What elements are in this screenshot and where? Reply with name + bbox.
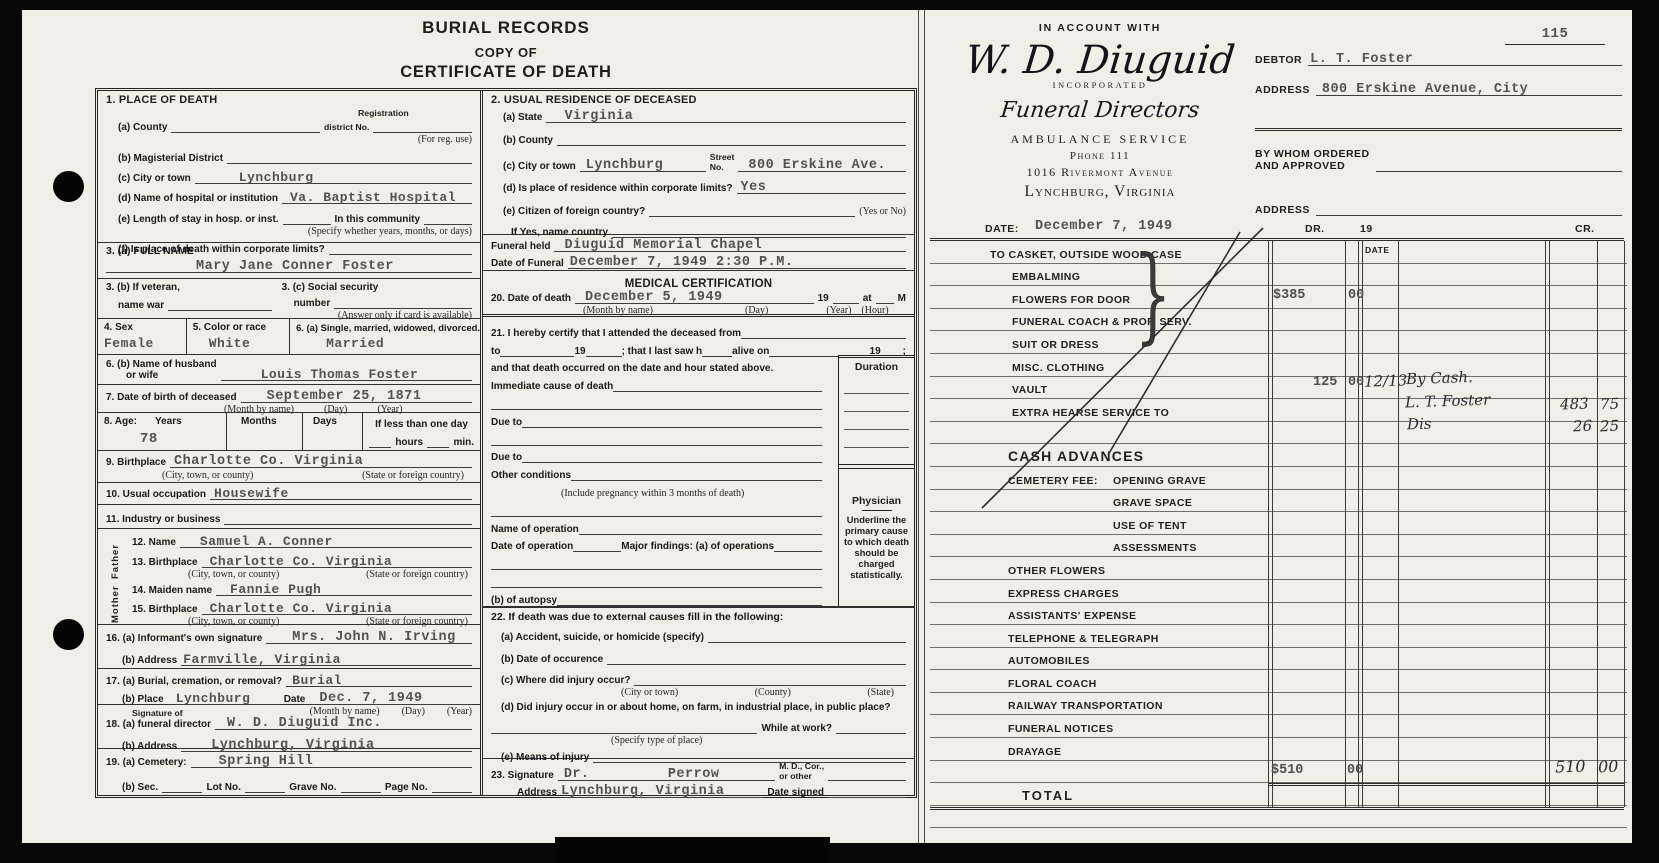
- blank-line: [634, 672, 906, 686]
- father-name-line: Samuel A. Conner: [180, 534, 472, 548]
- certificate-box: 1. PLACE OF DEATH (a) County Registratio…: [95, 88, 917, 798]
- blank-line: [774, 538, 822, 552]
- residence-city-value: Lynchburg: [586, 158, 663, 173]
- director-signature-value: W. D. Diuguid Inc.: [227, 716, 382, 731]
- blank-line: [427, 434, 449, 448]
- field-label: 15. Birthplace: [132, 604, 198, 615]
- field-label: 3. (b) If veteran,: [106, 282, 272, 293]
- field-label: district No.: [324, 123, 369, 133]
- occupation-value: Housewife: [214, 486, 289, 501]
- ledger-item-label: MISC. CLOTHING: [1012, 362, 1105, 374]
- birthplace-value: Charlotte Co. Virginia: [174, 454, 363, 469]
- residence-state-line: Virginia: [546, 109, 906, 123]
- ledger-row: ASSISTANTS' EXPENSE: [930, 603, 1627, 626]
- ledger-row: FLORAL COACH: [930, 670, 1627, 693]
- hint-text: (Day): [745, 305, 768, 316]
- ledger-row: GRAVE SPACE: [930, 490, 1627, 513]
- father-birthplace-value: Charlotte Co. Virginia: [210, 554, 393, 569]
- physician-note: Underline the primary cause to which dea…: [839, 515, 914, 581]
- field-label: 19. (a) Cemetery:: [106, 757, 187, 768]
- ambulance-service: AMBULANCE SERVICE: [945, 132, 1255, 147]
- ledger-row: SUIT OR DRESS: [930, 331, 1627, 354]
- field-label: M: [898, 293, 906, 304]
- burial-date-line: Dec. 7, 1949: [309, 691, 472, 705]
- burial-type-value: Burial: [292, 673, 342, 688]
- hint-text: (Specify type of place): [611, 735, 702, 746]
- ledger-item-label: CEMETERY FEE:: [1008, 475, 1098, 487]
- field-label: While at work?: [761, 723, 832, 734]
- field-label: (d) Name of hospital or institution: [118, 193, 278, 204]
- section-spouse: 6. (b) Name of husbandor wife Louis Thom…: [98, 355, 480, 385]
- certificate-middle-column: 2. USUAL RESIDENCE OF DECEASED (a) State…: [480, 91, 914, 795]
- field-label: If less than one day: [369, 419, 474, 430]
- blank-line: [522, 449, 822, 463]
- ledger-row: DRAYAGE: [930, 738, 1627, 761]
- vault-dr-dollars: 125: [1313, 375, 1337, 390]
- vault-payment-date: 12/13: [1364, 371, 1408, 390]
- section-cemetery: 19. (a) Cemetery:Spring Hill (b) Sec. Lo…: [98, 749, 480, 795]
- ledger-row: EMBALMING: [930, 264, 1627, 287]
- blank-line: [708, 629, 906, 643]
- hint-text: (Month by name): [583, 305, 653, 316]
- blank-line: [844, 394, 909, 412]
- blank-line: [836, 720, 906, 734]
- total-dr-cents: 00: [1347, 763, 1363, 778]
- account-letterhead: IN ACCOUNT WITH W. D. Diuguid INCORPORAT…: [945, 22, 1255, 201]
- informant-signature-line: Mrs. John N. Irving: [266, 630, 472, 644]
- hint-text: (State or foreign country): [362, 470, 464, 481]
- field-label: Days: [313, 416, 362, 427]
- burial-place-value: Lynchburg: [176, 691, 251, 706]
- blank-line: [171, 119, 320, 133]
- column-rule: [1358, 241, 1359, 807]
- ordered-by-row: BY WHOM ORDEREDAND APPROVED: [1255, 148, 1622, 172]
- section-informant: 16. (a) Informant's own signatureMrs. Jo…: [98, 625, 480, 669]
- hint-text: (City or town): [621, 687, 678, 698]
- blank-line: [828, 784, 906, 798]
- field-label: (b) Date of occurence: [501, 654, 603, 665]
- blank-line: [557, 592, 822, 606]
- certificate-titles: BURIAL RECORDS COPY OF CERTIFICATE OF DE…: [95, 18, 917, 82]
- field-label: Other conditions: [491, 470, 571, 481]
- field-label: Funeral held: [491, 241, 550, 252]
- field-label: AND APPROVED: [1255, 160, 1370, 172]
- duration-label: Duration: [839, 355, 914, 376]
- date-of-death-line: December 5, 1949: [575, 290, 814, 304]
- field-label: 9. Birthplace: [106, 457, 166, 468]
- race-value: White: [209, 336, 289, 351]
- discount-cr-dollars: 26: [1573, 417, 1593, 436]
- payment-note-payer: L. T. Foster: [1405, 391, 1491, 412]
- field-label: (b) Address: [122, 655, 177, 666]
- payment-note-by-cash: By Cash.: [1406, 368, 1473, 388]
- ledger-row: CEMETERY FEE:OPENING GRAVE: [930, 467, 1627, 490]
- blank-line: [573, 538, 621, 552]
- field-label: BY WHOM ORDERED: [1255, 148, 1370, 160]
- blank-line: [491, 432, 822, 446]
- field-label: Grave No.: [289, 782, 336, 793]
- residence-corporate-line: Yes: [737, 180, 907, 194]
- section-industry: 11. Industry or business: [98, 505, 480, 529]
- ledger-row: TOTAL: [930, 783, 1627, 806]
- hint-text: (Include pregnancy within 3 months of de…: [561, 488, 744, 499]
- hospital-value: Va. Baptist Hospital: [290, 190, 456, 205]
- field-label: (e) Length of stay in hosp. or inst.: [118, 214, 279, 225]
- certificate-left-column: 1. PLACE OF DEATH (a) County Registratio…: [98, 91, 480, 795]
- blank-line: [876, 290, 894, 304]
- funeral-date-value: December 7, 1949 2:30 P.M.: [570, 255, 794, 270]
- birthplace-line: Charlotte Co. Virginia: [170, 454, 472, 468]
- column-header-cr: CR.: [1575, 223, 1595, 235]
- blank-line: [369, 434, 391, 448]
- account-date-value: December 7, 1949: [1035, 219, 1173, 234]
- blank-line: [607, 651, 906, 665]
- physician-signature-title: Dr.: [564, 767, 590, 782]
- page-divider: [918, 10, 925, 843]
- field-label: min.: [453, 437, 474, 448]
- field-label: (c) Where did injury occur?: [501, 675, 630, 686]
- column-rule: [1545, 241, 1546, 807]
- city-of-death-value: Lynchburg: [239, 170, 314, 185]
- flowers-dr-dollars: $385: [1273, 288, 1305, 303]
- field-label: (b) Magisterial District: [118, 153, 223, 164]
- divider: [862, 510, 892, 511]
- field-label: Years: [155, 416, 182, 427]
- hint-text: (Specify whether years, months, or days): [308, 226, 472, 237]
- page-number: 115: [1542, 26, 1569, 42]
- blank-line: [571, 467, 822, 481]
- ledger-row: ASSESSMENTS: [930, 535, 1627, 558]
- mother-birthplace-value: Charlotte Co. Virginia: [210, 601, 393, 616]
- residence-city-line: Lynchburg: [580, 158, 706, 172]
- section-physician-signature: 23. Signature Dr.Perrow M. D., Cor.,or o…: [483, 759, 914, 795]
- field-label: hours: [395, 437, 423, 448]
- ledger-item-label: FLOWERS FOR DOOR: [1012, 294, 1130, 306]
- section-heading: 1. PLACE OF DEATH: [106, 94, 472, 106]
- column-rule: [1272, 241, 1273, 807]
- full-name-value: Mary Jane Conner Foster: [196, 259, 394, 274]
- hospital-line: Va. Baptist Hospital: [282, 190, 472, 204]
- physician-label: Physician: [839, 495, 914, 507]
- section-age: 8. Age:Years78 Months Days If less than …: [98, 413, 480, 451]
- blank-line: [844, 412, 909, 430]
- section-parents: Father Mother 12. NameSamuel A. Conner 1…: [98, 529, 480, 625]
- field-label: Date signed: [767, 787, 824, 798]
- field-label: Address: [517, 787, 557, 798]
- firm-type: Funeral Directors: [944, 98, 1257, 124]
- section-external-causes: 22. If death was due to external causes …: [483, 607, 914, 759]
- physician-signature-line: Dr.Perrow: [558, 767, 775, 781]
- street-line: 1016 Rivermont Avenue: [945, 165, 1255, 180]
- blank-line: [557, 132, 906, 146]
- burial-type-line: Burial: [286, 673, 472, 687]
- blank-line: [1316, 202, 1622, 216]
- page-subtitle2: CERTIFICATE OF DEATH: [95, 63, 917, 82]
- city-line: Lynchburg, Virginia: [945, 183, 1255, 201]
- page-number-line: 115: [1505, 24, 1605, 45]
- blank-line: [168, 297, 271, 311]
- ledger-row: CASH ADVANCES: [930, 444, 1627, 467]
- blank-line: [491, 503, 822, 517]
- section-medical-heading: MEDICAL CERTIFICATION: [483, 271, 914, 287]
- funeral-held-value: Diuguid Memorial Chapel: [564, 238, 762, 253]
- field-label: Signature of: [132, 709, 211, 719]
- field-label: 3. (c) Social security: [282, 282, 472, 293]
- ledger-item-label: FUNERAL NOTICES: [1008, 723, 1114, 735]
- father-birthplace-line: Charlotte Co. Virginia: [202, 554, 472, 568]
- hint-text: (County): [755, 687, 791, 698]
- ledger-row: USE OF TENT: [930, 512, 1627, 535]
- field-label: Date: [284, 694, 306, 705]
- father-name-value: Samuel A. Conner: [200, 534, 333, 549]
- blank-line: [833, 290, 859, 304]
- hint-text: (City, town, or county): [188, 569, 279, 580]
- marital-value: Married: [326, 336, 480, 351]
- field-label: 12. Name: [132, 537, 176, 548]
- ledger-item-label: OPENING GRAVE: [1113, 475, 1206, 487]
- field-label: In this community: [335, 214, 421, 225]
- field-label: at: [863, 293, 872, 304]
- in-account-with: IN ACCOUNT WITH: [945, 22, 1255, 34]
- hint-text: (Yes or No): [859, 206, 906, 217]
- field-label: 5. Color or race: [193, 322, 289, 333]
- payment-note-discount: Dis: [1407, 415, 1432, 434]
- field-label: (b) County: [503, 135, 553, 146]
- blank-line: [491, 574, 822, 588]
- page-title: BURIAL RECORDS: [95, 18, 917, 38]
- field-label: 19: [818, 293, 829, 304]
- cash-cr-cents: 75: [1600, 395, 1620, 414]
- spouse-line: Louis Thomas Foster: [221, 367, 472, 381]
- field-label: 11. Industry or business: [106, 514, 220, 525]
- residence-street-value: 800 Erskine Ave.: [748, 158, 886, 173]
- director-signature-line: W. D. Diuguid Inc.: [215, 716, 472, 730]
- column-rule: [1345, 241, 1346, 807]
- full-name-line: Mary Jane Conner Foster: [106, 259, 472, 273]
- sex-value: Female: [104, 336, 186, 351]
- blank-line: [162, 779, 202, 793]
- occupation-line: Housewife: [210, 486, 472, 500]
- field-label: alive on: [732, 346, 769, 357]
- field-label: 13. Birthplace: [132, 557, 198, 568]
- hint-text: (State or foreign country): [366, 569, 468, 580]
- discount-cr-cents: 25: [1600, 417, 1620, 436]
- section-heading: 2. USUAL RESIDENCE OF DECEASED: [491, 94, 906, 106]
- field-label: ADDRESS: [1255, 84, 1310, 96]
- phone-line: Phone 111: [945, 150, 1255, 162]
- section-funeral-director: Signature of18. (a) funeral director W. …: [98, 705, 480, 749]
- physician-signature-name: Perrow: [668, 767, 720, 782]
- date-label: DATE:: [985, 223, 1019, 235]
- field-label: (d) Did injury occur in or about home, o…: [501, 702, 890, 713]
- ledger-row: FUNERAL NOTICES: [930, 715, 1627, 738]
- ledger-total-label: TOTAL: [1022, 788, 1074, 803]
- ledger-item-label: RAILWAY TRANSPORTATION: [1008, 700, 1163, 712]
- field-label: 10. Usual occupation: [106, 489, 206, 500]
- debtor-address-row: ADDRESS 800 Erskine Avenue, City: [1255, 82, 1622, 96]
- hint-text: (Year): [826, 305, 851, 316]
- field-label: 17. (a) Burial, cremation, or removal?: [106, 676, 282, 687]
- cemetery-line: Spring Hill: [191, 754, 472, 768]
- column-rule: [1597, 241, 1598, 807]
- ledger-row: TELEPHONE & TELEGRAPH: [930, 625, 1627, 648]
- blank-line: [1376, 158, 1622, 172]
- blank-line: [334, 295, 472, 309]
- ledger-row: AUTOMOBILES: [930, 648, 1627, 671]
- field-label: 18. (a) funeral director: [106, 719, 211, 730]
- spouse-value: Louis Thomas Foster: [261, 367, 419, 382]
- field-label: No.: [710, 163, 735, 173]
- field-label: name war: [118, 300, 164, 311]
- hint-text: (City, town, or county): [162, 470, 253, 481]
- field-label: (d) Is place of residence within corpora…: [503, 183, 733, 194]
- field-label: (c) City or town: [118, 173, 191, 184]
- field-label: Name of operation: [491, 524, 579, 535]
- field-label: 7. Date of birth of deceased: [106, 392, 237, 403]
- ledger-item-label: GRAVE SPACE: [1113, 497, 1192, 509]
- blank-line: [522, 414, 822, 428]
- funeral-date-line: December 7, 1949 2:30 P.M.: [568, 255, 906, 269]
- debtor-line: L. T. Foster: [1308, 52, 1622, 66]
- blank-line: [224, 511, 472, 525]
- divider: [839, 464, 914, 469]
- funeral-held-line: Diuguid Memorial Chapel: [554, 238, 906, 252]
- field-label: 19: [574, 346, 585, 357]
- dob-line: September 25, 1871: [241, 389, 472, 403]
- city-of-death-line: Lynchburg: [195, 170, 472, 184]
- section-date-of-death: 20. Date of death December 5, 1949 19 at…: [483, 287, 914, 317]
- field-label: Immediate cause of death: [491, 381, 613, 392]
- section-place-of-death: 1. PLACE OF DEATH (a) County Registratio…: [98, 91, 480, 243]
- debtor-address-value: 800 Erskine Avenue, City: [1322, 82, 1528, 97]
- field-label: ; that I last saw h: [622, 346, 703, 357]
- blank-line: [613, 378, 822, 392]
- column-header-19: 19: [1360, 223, 1373, 235]
- field-label: number: [294, 298, 331, 309]
- ledger-item-label: AUTOMOBILES: [1008, 655, 1090, 667]
- field-label: (a) State: [503, 112, 542, 123]
- informant-address-value: Farmville, Virginia: [183, 652, 341, 667]
- field-label: 6. (a) Single, married, widowed, divorce…: [296, 322, 480, 333]
- blank-line: [283, 211, 331, 225]
- dob-value: September 25, 1871: [267, 389, 422, 404]
- field-label: (b) Place: [122, 694, 164, 705]
- informant-signature-value: Mrs. John N. Irving: [292, 630, 455, 645]
- blank-line: [579, 521, 822, 535]
- field-label: (a) County: [118, 122, 167, 133]
- cash-cr-dollars: 483: [1560, 395, 1589, 414]
- page-bottom-rule: [930, 807, 1624, 810]
- page-subtitle: COPY OF: [95, 45, 917, 60]
- field-label: Due to: [491, 452, 522, 463]
- section-funeral-held: Funeral heldDiuguid Memorial Chapel Date…: [483, 235, 914, 271]
- ledger-item-label: ASSESSMENTS: [1113, 542, 1197, 554]
- residence-state-value: Virginia: [564, 109, 633, 124]
- field-label: Page No.: [385, 782, 428, 793]
- ledger-item-label: DRAYAGE: [1008, 746, 1061, 758]
- ledger-item-label: USE OF TENT: [1113, 520, 1187, 532]
- father-side-label: Father: [110, 537, 121, 579]
- blank-line: [500, 343, 574, 357]
- field-label: (b) Sec.: [122, 782, 158, 793]
- field-label: 3. (a) FULL NAME: [106, 246, 472, 257]
- blank-line: [741, 325, 906, 339]
- ledger-row: FUNERAL COACH & PROF. SERV.: [930, 309, 1627, 332]
- blank-line: [844, 430, 909, 448]
- field-label: (e) Citizen of foreign country?: [503, 206, 645, 217]
- ledger-item-label: TELEPHONE & TELEGRAPH: [1008, 633, 1159, 645]
- field-label: or wife: [126, 370, 217, 381]
- ledger-row: OTHER FLOWERS: [930, 557, 1627, 580]
- date-of-death-value: December 5, 1949: [585, 290, 723, 305]
- blank-line: [586, 343, 622, 357]
- hint-text: (For reg. use): [418, 134, 472, 145]
- field-label: (c) City or town: [503, 161, 576, 172]
- ledger-item-label: FLORAL COACH: [1008, 678, 1097, 690]
- total-cr-dollars: 510: [1555, 756, 1586, 776]
- ledger-item-label: EMBALMING: [1012, 271, 1080, 283]
- physician-address-value: Lynchburg, Virginia: [561, 784, 724, 799]
- order-address-row: ADDRESS: [1255, 202, 1622, 216]
- firm-name: W. D. Diuguid: [943, 40, 1257, 82]
- mother-side-label: Mother: [110, 581, 121, 623]
- blank-line: [424, 211, 472, 225]
- field-label: 8. Age:: [104, 416, 137, 427]
- ledger-item-label: EXPRESS CHARGES: [1008, 588, 1119, 600]
- field-label: Date of operation: [491, 541, 573, 552]
- field-label: to: [491, 346, 500, 357]
- vault-dr-cents: 00: [1348, 375, 1364, 390]
- ledger-row-blank: [930, 422, 1627, 445]
- column-rule: [1398, 241, 1399, 807]
- debtor-row: DEBTOR L. T. Foster: [1255, 52, 1622, 66]
- blank-line: [649, 203, 855, 217]
- field-label: Date of Funeral: [491, 258, 564, 269]
- field-label: and that death occurred on the date and …: [491, 363, 773, 374]
- account-page: IN ACCOUNT WITH W. D. Diuguid INCORPORAT…: [927, 10, 1632, 843]
- blank-line: [491, 396, 822, 410]
- field-label: 21. I hereby certify that I attended the…: [491, 328, 741, 339]
- ledger-item-label: VAULT: [1012, 384, 1047, 396]
- hint-text: (Hour): [861, 305, 888, 316]
- column-header-dr: DR.: [1305, 223, 1325, 235]
- blank-line: [373, 119, 472, 133]
- residence-corporate-value: Yes: [741, 180, 767, 195]
- section-residence: 2. USUAL RESIDENCE OF DECEASED (a) State…: [483, 91, 914, 235]
- field-label: Major findings: (a) of operations: [621, 541, 774, 552]
- total-underline: [1268, 783, 1624, 786]
- ledger-item-label: OTHER FLOWERS: [1008, 565, 1105, 577]
- ledger-row: MISC. CLOTHING: [930, 354, 1627, 377]
- blank-line: [245, 779, 285, 793]
- section-birthplace: 9. Birthplace Charlotte Co. Virginia (Ci…: [98, 451, 480, 483]
- blank-line: [491, 556, 822, 570]
- grouping-brace: }: [1135, 242, 1171, 346]
- section-burial: 17. (a) Burial, cremation, or removal?Bu…: [98, 669, 480, 705]
- debtor-value: L. T. Foster: [1310, 52, 1413, 67]
- ledger-row: VAULT: [930, 377, 1627, 400]
- field-label: 16. (a) Informant's own signature: [106, 633, 262, 644]
- physician-address-line: Lynchburg, Virginia: [561, 784, 763, 798]
- ledger-item-label: EXTRA HEARSE SERVICE TO: [1012, 407, 1169, 419]
- mother-name-line: Fannie Pugh: [216, 582, 472, 596]
- ledger-row: RAILWAY TRANSPORTATION: [930, 693, 1627, 716]
- blank-line: [341, 779, 381, 793]
- cemetery-value: Spring Hill: [219, 754, 314, 769]
- field-label: 14. Maiden name: [132, 585, 212, 596]
- residence-street-line: 800 Erskine Ave.: [738, 158, 906, 172]
- blank-line: [828, 767, 906, 781]
